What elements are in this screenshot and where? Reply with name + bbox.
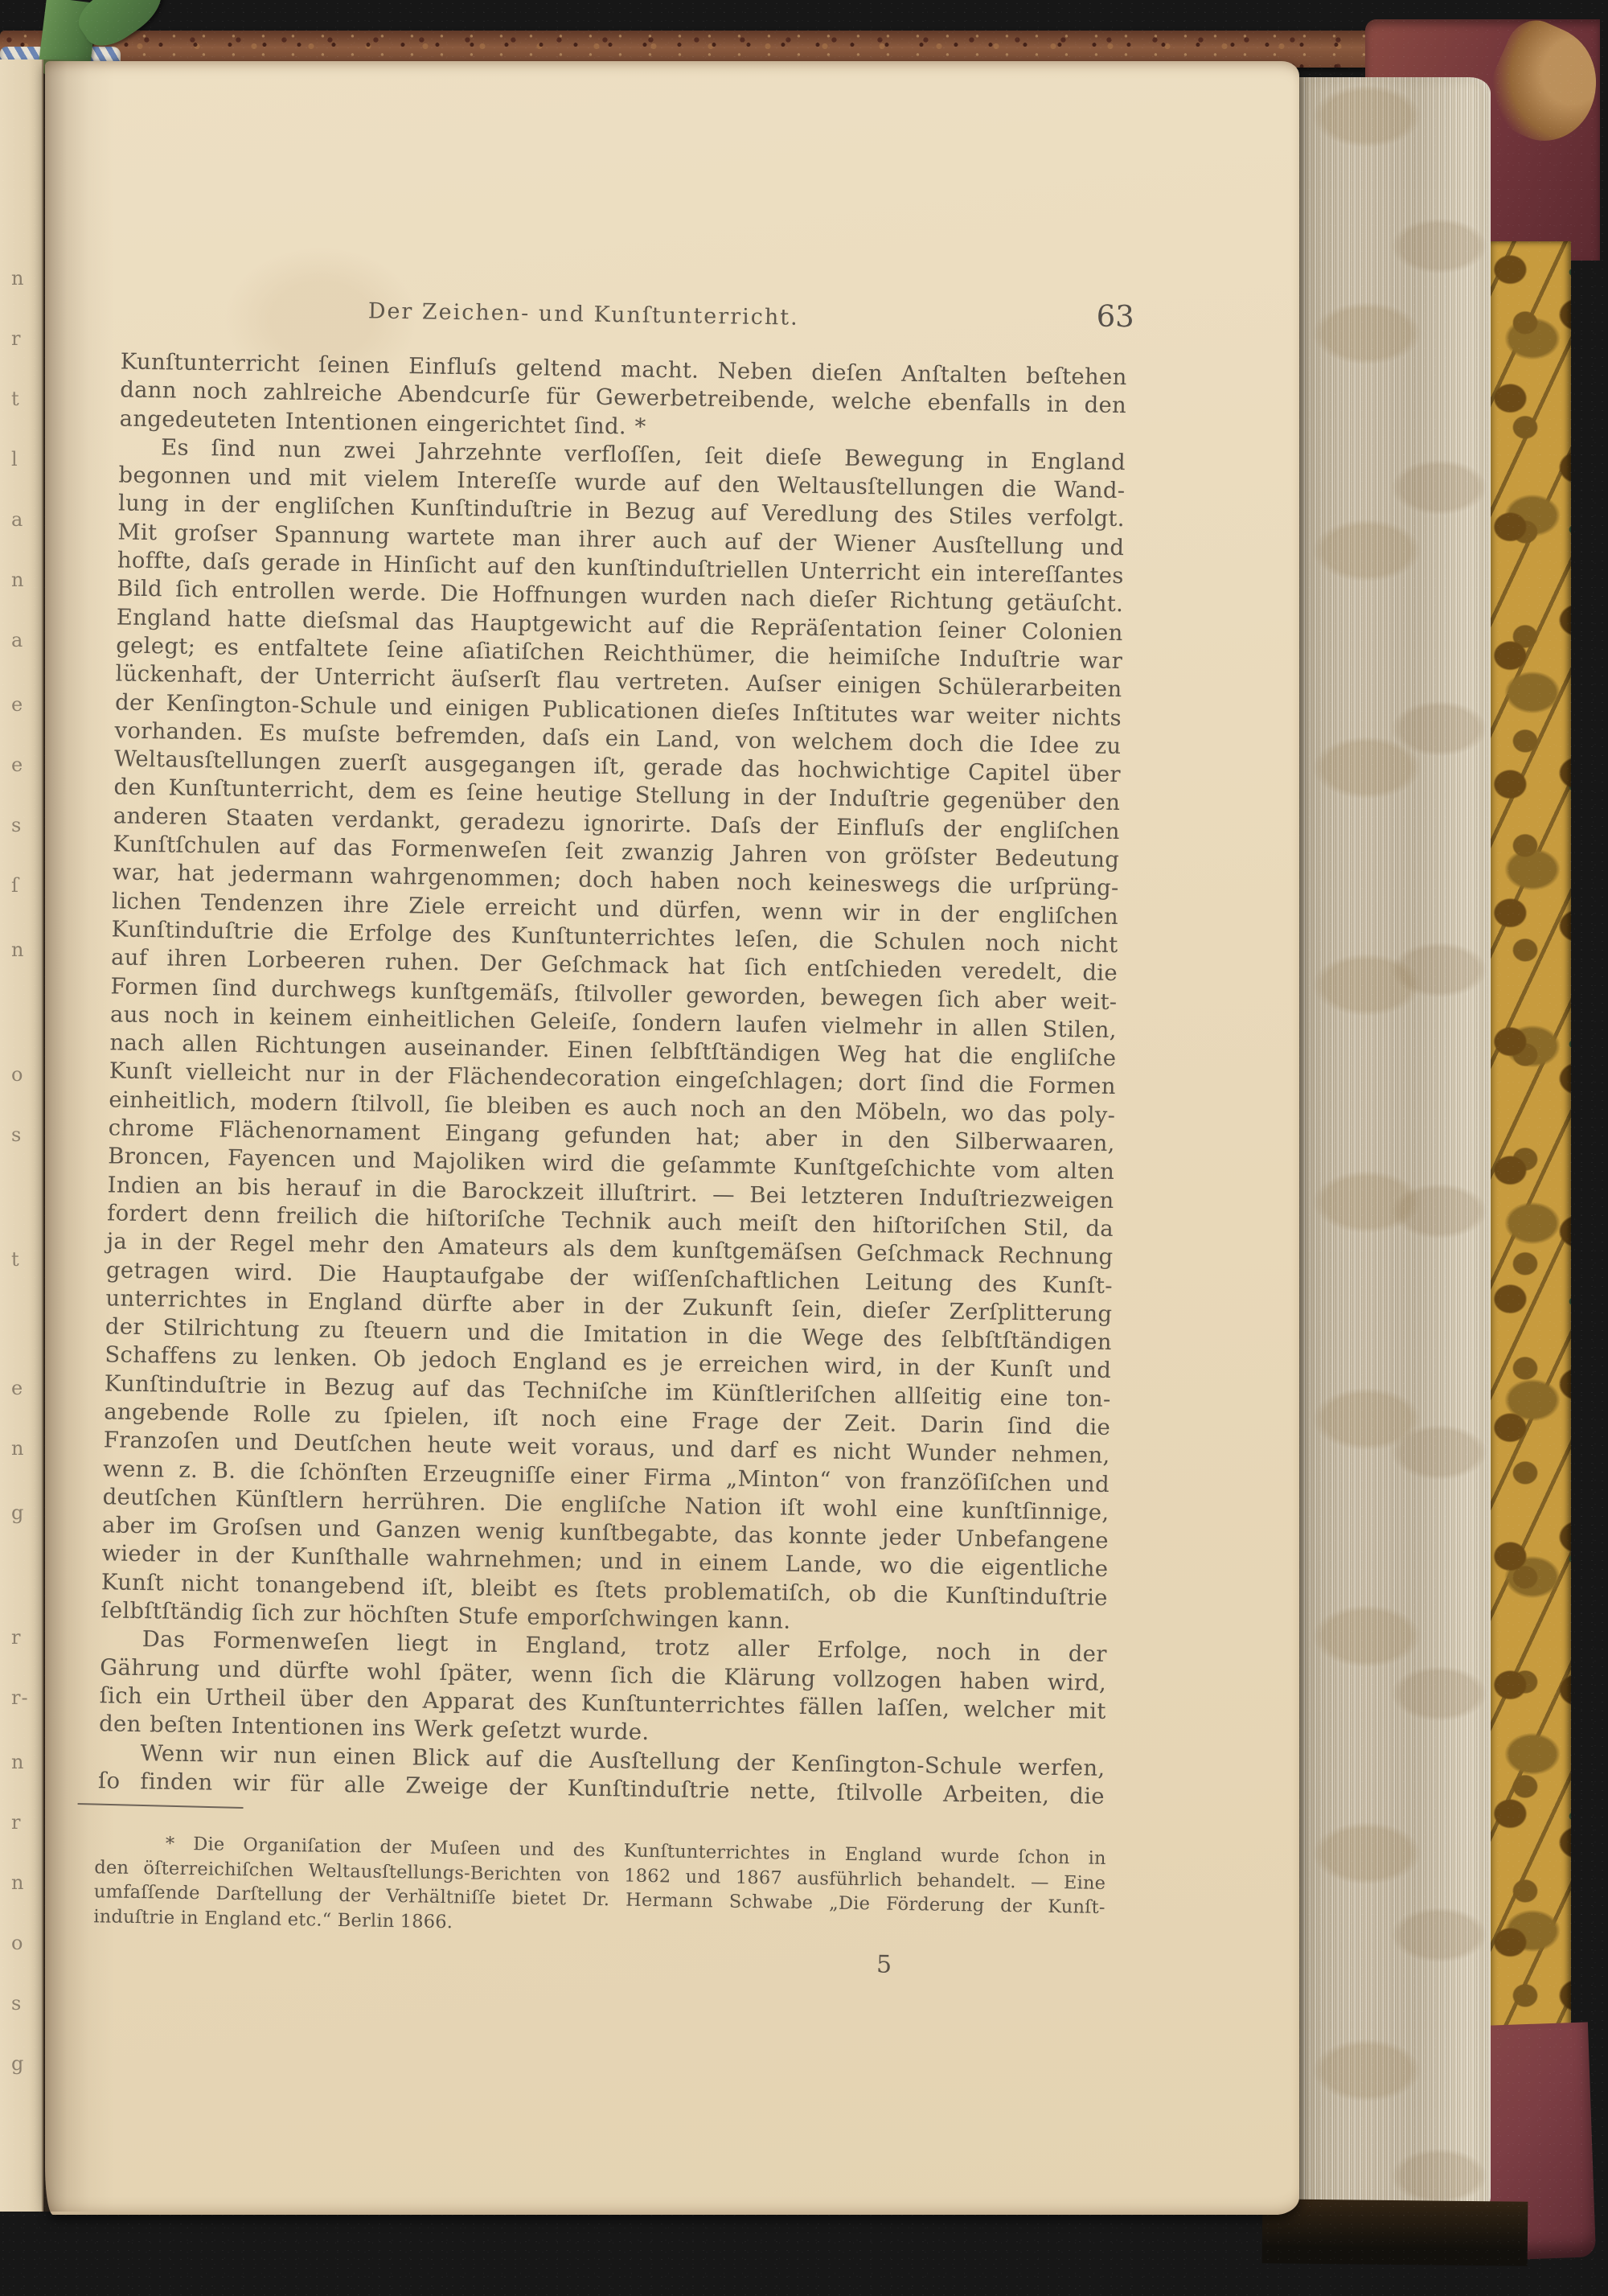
fore-edge-pages — [1293, 77, 1491, 2215]
margin-fragment: n — [11, 269, 24, 288]
margin-fragment: n — [11, 570, 24, 589]
margin-fragment: r — [11, 1813, 21, 1832]
margin-fragment: ſ — [11, 876, 19, 895]
marbled-board-edge — [1489, 241, 1571, 2051]
margin-fragment: n — [11, 940, 24, 959]
margin-fragment: a — [11, 630, 23, 650]
bottom-edge-shadow — [1262, 2199, 1528, 2265]
margin-fragment: a — [11, 510, 23, 529]
margin-fragment: t — [11, 389, 20, 409]
margin-fragment: n — [11, 1439, 24, 1458]
body-text: Kunſtunterricht ſeinen Einfluſs geltend … — [98, 347, 1127, 1811]
page-number: 63 — [1045, 298, 1134, 335]
margin-fragment: r — [11, 329, 21, 348]
page-content: Der Zeichen- und Kunſtunterricht. 63 Kun… — [15, 52, 1303, 2225]
margin-fragment: t — [11, 1250, 20, 1269]
book-scan: nrtlanaeesſnostengrr-nrnosg Der Zeichen-… — [0, 0, 1608, 2296]
signature-mark: 5 — [859, 1950, 909, 1979]
margin-fragment: e — [11, 695, 23, 714]
margin-fragment: g — [11, 1503, 24, 1522]
footnote-rule — [78, 1803, 244, 1809]
margin-fragment: r — [11, 1628, 21, 1647]
margin-fragment: e — [11, 755, 23, 774]
margin-fragment: e — [11, 1378, 23, 1398]
margin-fragment: s — [11, 815, 22, 835]
margin-fragment: o — [11, 1065, 23, 1084]
footnote: * Die Organiſation der Muſeen und des Ku… — [93, 1830, 1106, 1945]
margin-fragment: l — [11, 450, 18, 469]
running-head: Der Zeichen- und Kunſtunterricht. — [121, 294, 1046, 334]
margin-fragment: s — [11, 1125, 22, 1144]
